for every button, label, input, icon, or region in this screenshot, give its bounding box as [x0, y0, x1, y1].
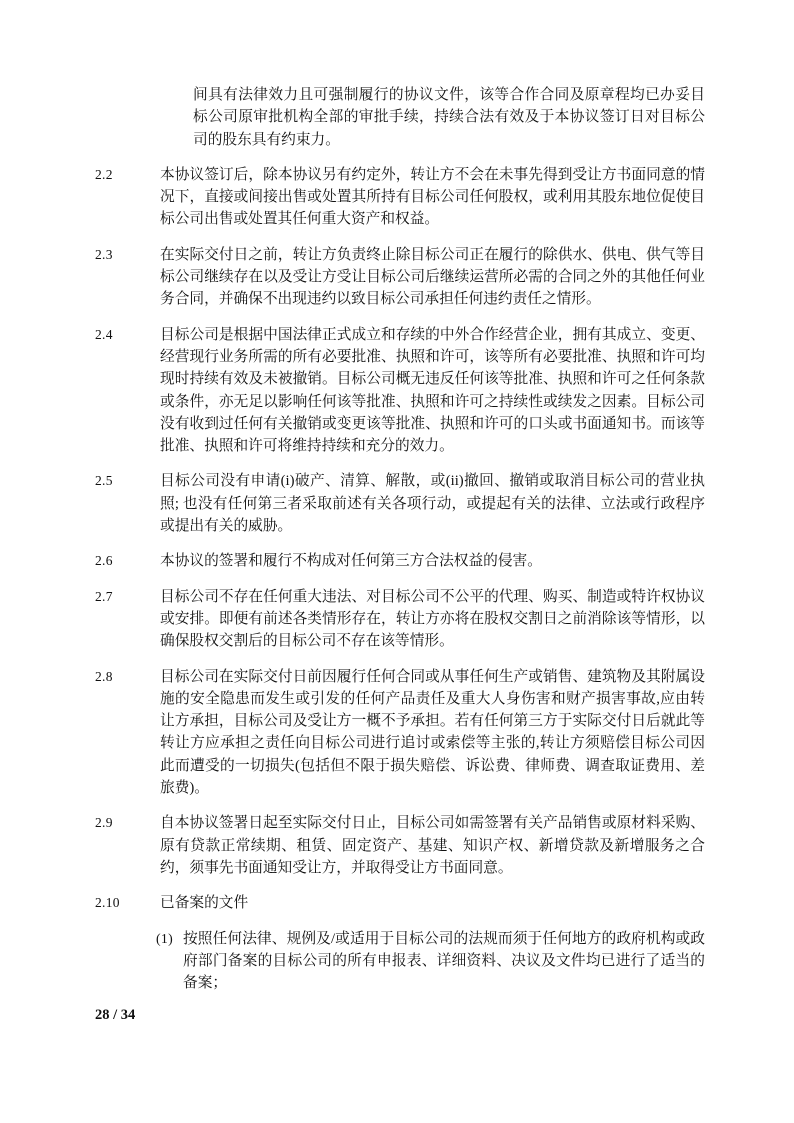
clause-number: 2.2: [95, 164, 160, 186]
clause-number: 2.8: [95, 666, 160, 688]
clause-2-6: 2.6 本协议的签署和履行不构成对任何第三方合法权益的侵害。: [95, 550, 705, 572]
clause-2-7: 2.7 目标公司不存在任何重大违法、对目标公司不公平的代理、购买、制造或特许权协…: [95, 586, 705, 653]
clause-text: 目标公司在实际交付日前因履行任何合同或从事任何生产或销售、建筑物及其附属设施的安…: [160, 666, 705, 800]
clause-text: 本协议的签署和履行不构成对任何第三方合法权益的侵害。: [160, 550, 705, 572]
clause-continuation: 间具有法律效力且可强制履行的协议文件，该等合作合同及原章程均已办妥目标公司原审批…: [95, 84, 705, 151]
clause-2-10: 2.10 已备案的文件: [95, 892, 705, 914]
list-item-text: 按照任何法律、规例及/或适用于目标公司的法规而须于任何地方的政府机构或政府部门备…: [183, 928, 705, 995]
page-number: 28 / 34: [95, 1007, 135, 1024]
clause-heading-text: 已备案的文件: [160, 892, 705, 914]
clause-2-8: 2.8 目标公司在实际交付日前因履行任何合同或从事任何生产或销售、建筑物及其附属…: [95, 666, 705, 800]
list-item-number: (1): [156, 928, 183, 950]
clause-text: 自本协议签署日起至实际交付日止，目标公司如需签署有关产品销售或原材料采购、原有贷…: [160, 812, 705, 879]
clause-number: 2.10: [95, 892, 160, 914]
clause-text: 目标公司没有申请(i)破产、清算、解散，或(ii)撤回、撤销或取消目标公司的营业…: [160, 470, 705, 537]
clause-2-2: 2.2 本协议签订后，除本协议另有约定外，转让方不会在未事先得到受让方书面同意的…: [95, 164, 705, 231]
clause-2-9: 2.9 自本协议签署日起至实际交付日止，目标公司如需签署有关产品销售或原材料采购…: [95, 812, 705, 879]
clause-2-4: 2.4 目标公司是根据中国法律正式成立和存续的中外合作经营企业，拥有其成立、变更…: [95, 324, 705, 458]
clause-number: 2.4: [95, 324, 160, 346]
clause-2-3: 2.3 在实际交付日之前，转让方负责终止除目标公司正在履行的除供水、供电、供气等…: [95, 244, 705, 311]
clause-text: 在实际交付日之前，转让方负责终止除目标公司正在履行的除供水、供电、供气等目标公司…: [160, 244, 705, 311]
clause-text: 目标公司不存在任何重大违法、对目标公司不公平的代理、购买、制造或特许权协议或安排…: [160, 586, 705, 653]
clause-text: 本协议签订后，除本协议另有约定外，转让方不会在未事先得到受让方书面同意的情况下，…: [160, 164, 705, 231]
clause-2-5: 2.5 目标公司没有申请(i)破产、清算、解散，或(ii)撤回、撤销或取消目标公…: [95, 470, 705, 537]
clauses-section: 间具有法律效力且可强制履行的协议文件，该等合作合同及原章程均已办妥目标公司原审批…: [95, 84, 705, 1007]
clause-number: 2.6: [95, 550, 160, 572]
clause-text: 目标公司是根据中国法律正式成立和存续的中外合作经营企业，拥有其成立、变更、经营现…: [160, 324, 705, 458]
clause-text: 间具有法律效力且可强制履行的协议文件，该等合作合同及原章程均已办妥目标公司原审批…: [193, 84, 705, 151]
clause-2-10-item-1: (1) 按照任何法律、规例及/或适用于目标公司的法规而须于任何地方的政府机构或政…: [95, 928, 705, 995]
clause-number: 2.3: [95, 244, 160, 266]
clause-number: 2.7: [95, 586, 160, 608]
clause-number: 2.5: [95, 470, 160, 492]
document-page: 间具有法律效力且可强制履行的协议文件，该等合作合同及原章程均已办妥目标公司原审批…: [0, 0, 794, 1123]
clause-number: 2.9: [95, 812, 160, 834]
